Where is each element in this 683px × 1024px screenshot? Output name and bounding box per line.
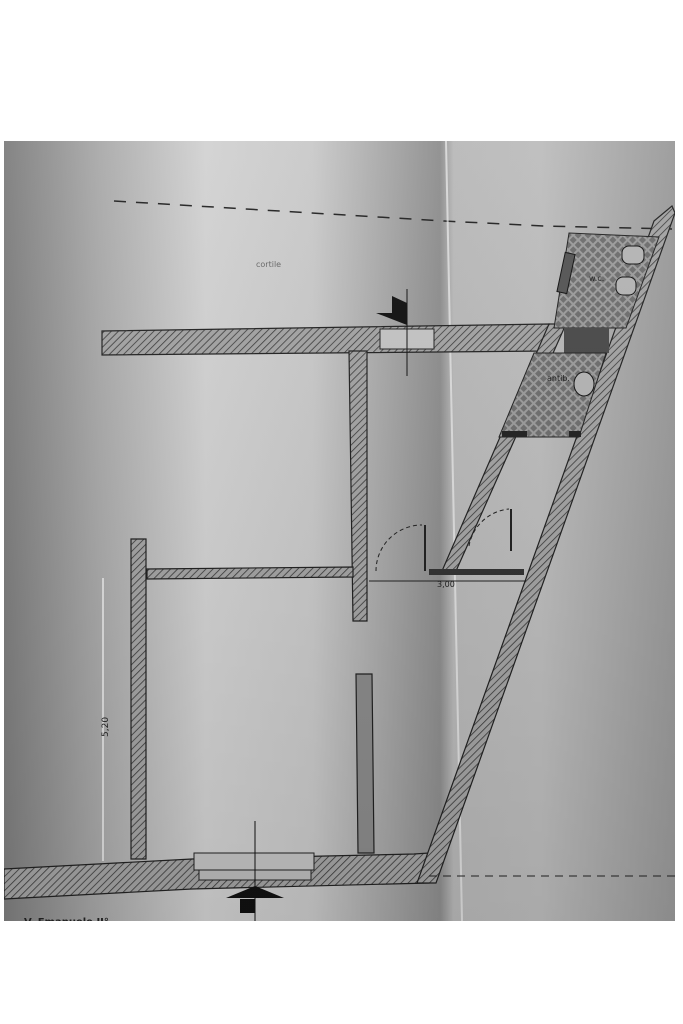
floor-plan-sheet: w.c. antib. 3,00 5,20 cortile V. Emanuel…	[4, 141, 675, 921]
courtyard-label: cortile	[256, 260, 281, 269]
door-post-right	[569, 431, 581, 437]
wall-interior-vertical	[349, 351, 367, 621]
dimension-depth: 5,20	[101, 717, 111, 737]
wall-interior-horizontal	[147, 567, 353, 579]
wall-left	[131, 539, 146, 859]
courtyard-boundary-line	[114, 201, 672, 229]
toilet-icon	[622, 246, 644, 264]
section-flag-top-icon	[392, 296, 407, 313]
street-label: V. Emanuele II°	[24, 917, 109, 921]
wall-top	[102, 324, 549, 355]
entrance-window	[194, 853, 314, 870]
wc-door-gap	[564, 328, 609, 353]
dimension-width: 3,00	[437, 580, 455, 589]
section-arrow-top-icon	[376, 313, 407, 325]
bidet-icon	[616, 277, 636, 295]
wall-interior-lower	[356, 674, 374, 853]
section-flag-bottom-icon	[240, 899, 255, 913]
room-label-antibagno: antib.	[547, 374, 570, 383]
floor-plan-drawing: w.c. antib. 3,00 5,20 cortile V. Emanuel…	[4, 141, 675, 921]
door-swing-left	[376, 525, 422, 571]
door-threshold	[429, 569, 524, 575]
door-post-left	[502, 431, 527, 437]
sink-icon	[574, 372, 594, 396]
room-label-wc: w.c.	[589, 274, 604, 283]
